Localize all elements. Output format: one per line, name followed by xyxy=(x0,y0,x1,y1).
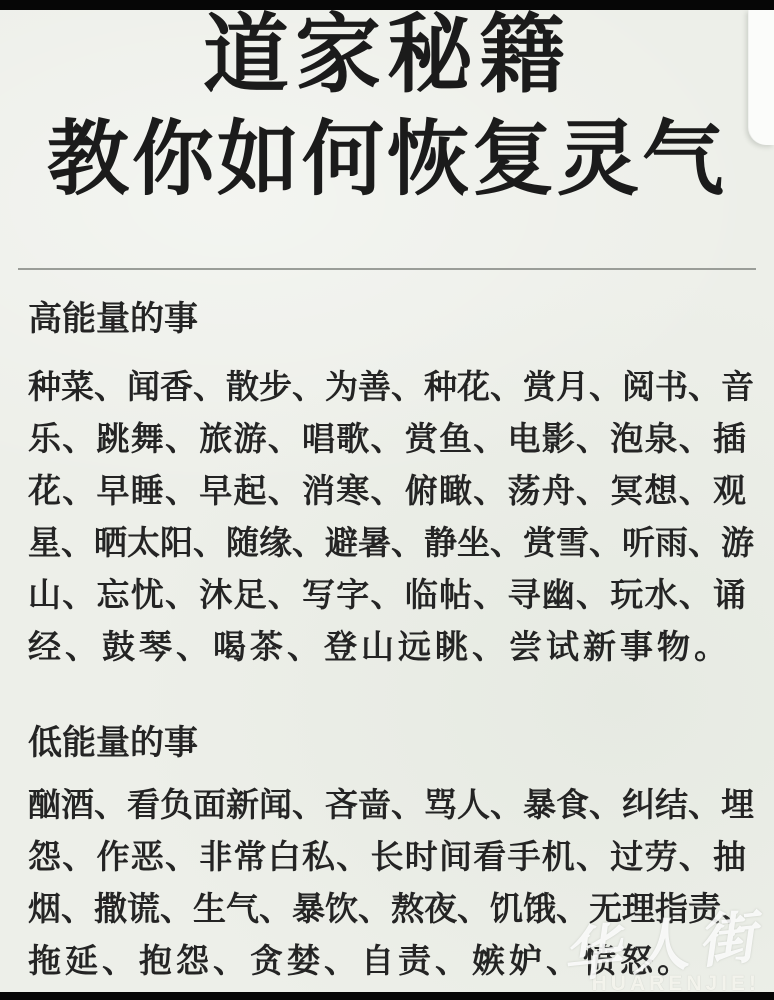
body-text-line: 酗酒、看负面新闻、吝啬、骂人、暴食、纠结、埋 xyxy=(28,780,746,832)
body-text-line: 烟、撒谎、生气、暴饮、熬夜、饥饿、无理指责、 xyxy=(28,884,746,936)
body-text-line: 经、鼓琴、喝茶、登山远眺、尝试新事物。 xyxy=(28,622,746,674)
body-text-line: 山、忘忧、沐足、写字、临帖、寻幽、玩水、诵 xyxy=(28,570,746,622)
scrollbar-thumb[interactable] xyxy=(748,10,774,145)
section-heading-high-energy: 高能量的事 xyxy=(28,294,746,346)
page-title-line1: 道家秘籍 xyxy=(0,2,774,108)
body-text-line: 怨、作恶、非常白私、长时间看手机、过劳、抽 xyxy=(28,832,746,884)
letterbox-bar-bottom xyxy=(0,992,774,1000)
section-body-low-energy: 酗酒、看负面新闻、吝啬、骂人、暴食、纠结、埋 怨、作恶、非常白私、长时间看手机、… xyxy=(28,780,746,988)
body-text-line: 种菜、闻香、散步、为善、种花、赏月、阅书、音 xyxy=(28,362,746,414)
section-divider xyxy=(18,268,756,270)
body-text-line: 乐、跳舞、旅游、唱歌、赏鱼、电影、泡泉、插 xyxy=(28,414,746,466)
section-heading-low-energy: 低能量的事 xyxy=(28,718,746,770)
body-text-line: 拖延、抱怨、贪婪、自责、嫉妒、愤怒。 xyxy=(28,936,746,988)
section-low-energy: 低能量的事 酗酒、看负面新闻、吝啬、骂人、暴食、纠结、埋 怨、作恶、非常白私、长… xyxy=(0,718,774,988)
section-body-high-energy: 种菜、闻香、散步、为善、种花、赏月、阅书、音 乐、跳舞、旅游、唱歌、赏鱼、电影、… xyxy=(28,362,746,674)
page-title-line2: 教你如何恢复灵气 xyxy=(0,108,774,212)
page-title: 道家秘籍 教你如何恢复灵气 xyxy=(0,2,774,212)
body-text-line: 花、早睡、早起、消寒、俯瞰、荡舟、冥想、观 xyxy=(28,466,746,518)
letterbox-bar-top xyxy=(0,0,774,10)
page-root: 道家秘籍 教你如何恢复灵气 高能量的事 种菜、闻香、散步、为善、种花、赏月、阅书… xyxy=(0,0,774,1000)
body-text-line: 星、晒太阳、随缘、避暑、静坐、赏雪、听雨、游 xyxy=(28,518,746,570)
section-high-energy: 高能量的事 种菜、闻香、散步、为善、种花、赏月、阅书、音 乐、跳舞、旅游、唱歌、… xyxy=(0,294,774,674)
